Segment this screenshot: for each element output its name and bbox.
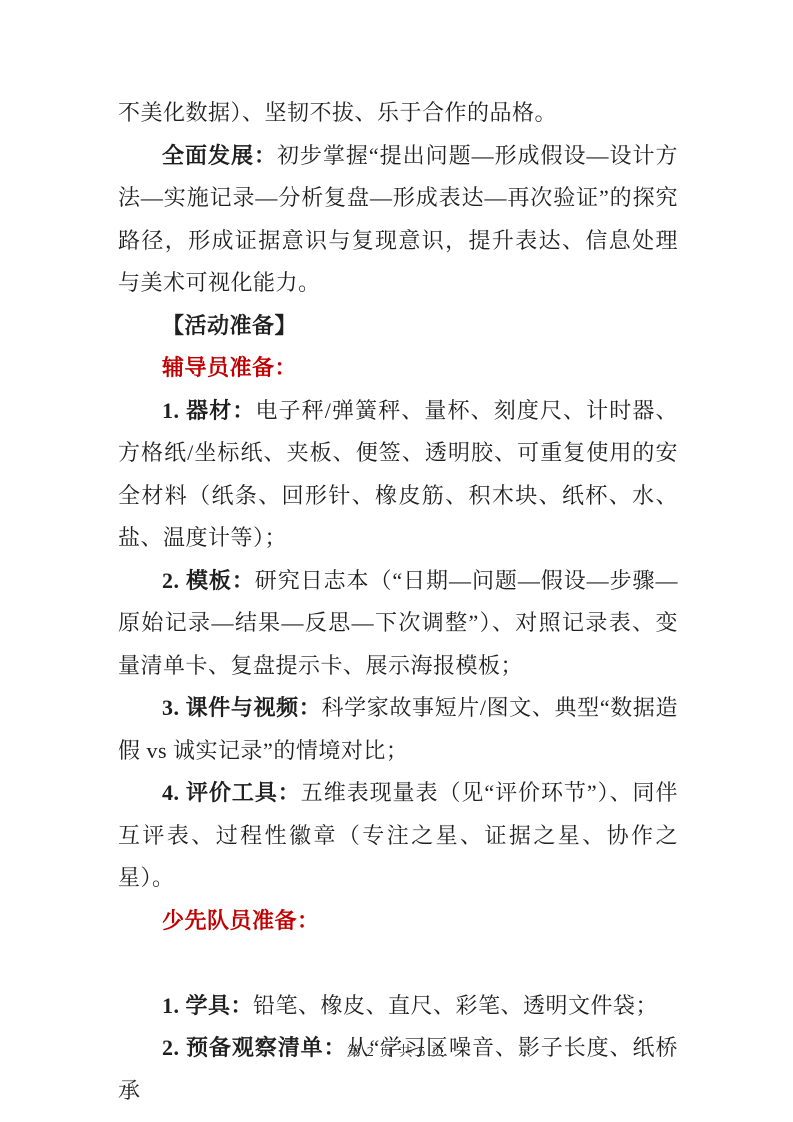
item-evaluation-tools: 4. 评价工具：五维表现量表（见“评价环节”）、同伴互评表、过程性徽章（专注之星… xyxy=(118,772,678,900)
item-courseware-video: 3. 课件与视频：科学家故事短片/图文、典型“数据造假 vs 诚实记录”的情境对… xyxy=(118,687,678,772)
item-label: 4. 评价工具： xyxy=(162,780,301,805)
page-body: 不美化数据）、坚韧不拔、乐于合作的品格。 全面发展：初步掌握“提出问题—形成假设… xyxy=(118,92,678,1112)
heading-text: 【活动准备】 xyxy=(162,313,297,338)
heading-activity-preparation: 【活动准备】 xyxy=(118,305,678,348)
page-footer: 第 2 页 共 5 页 xyxy=(0,1041,793,1061)
paragraph-text: 不美化数据）、坚韧不拔、乐于合作的品格。 xyxy=(118,100,557,125)
item-templates: 2. 模板：研究日志本（“日期—问题—假设—步骤—原始记录—结果—反思—下次调整… xyxy=(118,560,678,688)
item-label: 2. 模板： xyxy=(162,568,255,593)
heading-instructor-preparation: 辅导员准备： xyxy=(118,347,678,390)
item-equipment: 1. 器材：电子秤/弹簧秤、量杯、刻度尺、计时器、方格纸/坐标纸、夹板、便签、透… xyxy=(118,390,678,560)
paragraph-continued: 不美化数据）、坚韧不拔、乐于合作的品格。 xyxy=(118,92,678,135)
item-text: 铅笔、橡皮、直尺、彩笔、透明文件袋； xyxy=(253,993,658,1018)
heading-text: 少先队员准备： xyxy=(162,908,320,933)
heading-text: 辅导员准备： xyxy=(162,355,297,380)
blank-line xyxy=(118,942,678,985)
heading-young-pioneers-preparation: 少先队员准备： xyxy=(118,900,678,943)
document-page: 不美化数据）、坚韧不拔、乐于合作的品格。 全面发展：初步掌握“提出问题—形成假设… xyxy=(0,0,793,1122)
item-label: 3. 课件与视频： xyxy=(162,695,321,720)
item-label: 1. 器材： xyxy=(162,398,255,423)
paragraph-label: 全面发展： xyxy=(162,143,277,168)
item-label: 1. 学具： xyxy=(162,993,253,1018)
paragraph-overall-development: 全面发展：初步掌握“提出问题—形成假设—设计方法—实施记录—分析复盘—形成表达—… xyxy=(118,135,678,305)
item-student-supplies: 1. 学具：铅笔、橡皮、直尺、彩笔、透明文件袋； xyxy=(118,985,678,1028)
item-observation-checklist: 2. 预备观察清单：从“学习区噪音、影子长度、纸桥承 xyxy=(118,1027,678,1112)
page-number-label: 第 2 页 共 5 页 xyxy=(347,1045,446,1060)
